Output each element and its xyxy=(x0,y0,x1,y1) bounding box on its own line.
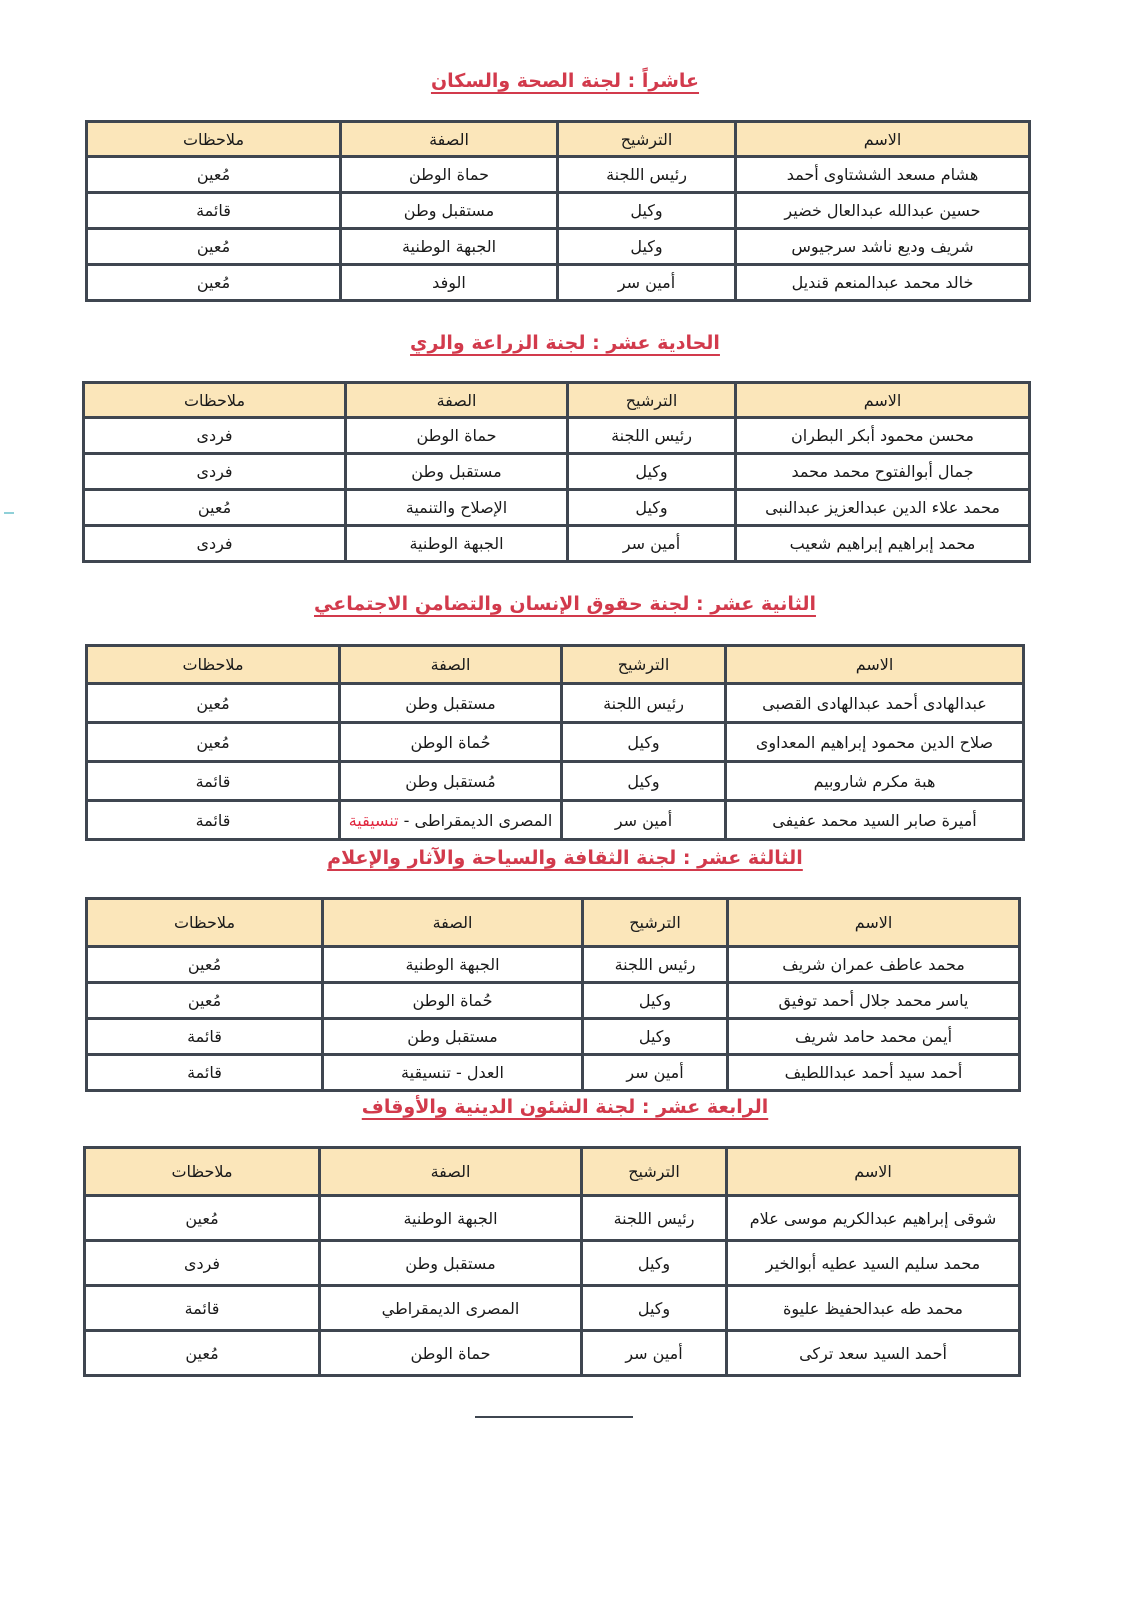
member-notes: مُعين xyxy=(87,229,341,265)
header-nomination: الترشيح xyxy=(582,1148,727,1196)
member-capacity: الجبهة الوطنية xyxy=(341,229,558,265)
member-capacity: الإصلاح والتنمية xyxy=(346,490,568,526)
header-name: الاسم xyxy=(726,646,1024,684)
member-nomination: وكيل xyxy=(562,762,726,801)
committee-title-11: الحادية عشر : لجنة الزراعة والري xyxy=(0,332,1130,354)
table-row: صلاح الدين محمود إبراهيم المعداوى وكيل ح… xyxy=(87,723,1024,762)
member-nomination: رئيس اللجنة xyxy=(582,1196,727,1241)
member-notes: قائمة xyxy=(87,762,340,801)
member-name: محمد إبراهيم إبراهيم شعيب xyxy=(736,526,1030,562)
table-row: محمد إبراهيم إبراهيم شعيب أمين سر الجبهة… xyxy=(84,526,1030,562)
header-notes: ملاحظات xyxy=(87,122,341,157)
member-capacity: الجبهة الوطنية xyxy=(323,947,583,983)
committee-title-12: الثانية عشر : لجنة حقوق الإنسان والتضامن… xyxy=(0,593,1130,615)
table-row: خالد محمد عبدالمنعم قنديل أمين سر الوفد … xyxy=(87,265,1030,301)
committee-title-10: عاشراً : لجنة الصحة والسكان xyxy=(0,70,1130,92)
member-notes: مُعين xyxy=(84,490,346,526)
capacity-highlight: تنسيقية xyxy=(349,811,399,830)
table-row: أميرة صابر السيد محمد عفيفى أمين سر المص… xyxy=(87,801,1024,840)
member-capacity: الوفد xyxy=(341,265,558,301)
header-nomination: الترشيح xyxy=(568,383,736,418)
table-row: شوقى إبراهيم عبدالكريم موسى علام رئيس ال… xyxy=(85,1196,1020,1241)
member-nomination: أمين سر xyxy=(568,526,736,562)
member-name: أيمن محمد حامد شريف xyxy=(728,1019,1020,1055)
header-notes: ملاحظات xyxy=(84,383,346,418)
member-nomination: وكيل xyxy=(582,1286,727,1331)
member-notes: مُعين xyxy=(87,265,341,301)
member-capacity: المصرى الديمقراطي xyxy=(320,1286,582,1331)
header-notes: ملاحظات xyxy=(87,646,340,684)
committee-table-13: الاسم الترشيح الصفة ملاحظات محمد عاطف عم… xyxy=(85,897,1021,1092)
member-capacity: حُماة الوطن xyxy=(340,723,562,762)
member-nomination: رئيس اللجنة xyxy=(562,684,726,723)
table-header-row: الاسم الترشيح الصفة ملاحظات xyxy=(85,1148,1020,1196)
member-nomination: وكيل xyxy=(558,229,736,265)
header-capacity: الصفة xyxy=(323,899,583,947)
member-name: ياسر محمد جلال أحمد توفيق xyxy=(728,983,1020,1019)
member-capacity: مستقبل وطن xyxy=(346,454,568,490)
member-name: أميرة صابر السيد محمد عفيفى xyxy=(726,801,1024,840)
member-notes: مُعين xyxy=(85,1331,320,1376)
member-notes: قائمة xyxy=(87,1019,323,1055)
member-notes: مُعين xyxy=(87,947,323,983)
committee-title-13: الثالثة عشر : لجنة الثقافة والسياحة والآ… xyxy=(0,847,1130,869)
member-nomination: أمين سر xyxy=(558,265,736,301)
table-row: محمد سليم السيد عطيه أبوالخير وكيل مستقب… xyxy=(85,1241,1020,1286)
member-name: أحمد سيد أحمد عبداللطيف xyxy=(728,1055,1020,1091)
header-nomination: الترشيح xyxy=(583,899,728,947)
member-name: محسن محمود أبكر البطران xyxy=(736,418,1030,454)
member-name: شوقى إبراهيم عبدالكريم موسى علام xyxy=(727,1196,1020,1241)
member-name: شريف وديع ناشد سرجيوس xyxy=(736,229,1030,265)
member-name: هبة مكرم شاروبيم xyxy=(726,762,1024,801)
member-capacity: العدل - تنسيقية xyxy=(323,1055,583,1091)
member-nomination: رئيس اللجنة xyxy=(568,418,736,454)
member-capacity: حماة الوطن xyxy=(320,1331,582,1376)
member-name: هشام مسعد الششتاوى أحمد xyxy=(736,157,1030,193)
member-notes: فردى xyxy=(84,454,346,490)
member-notes: مُعين xyxy=(87,723,340,762)
committee-title-14: الرابعة عشر : لجنة الشئون الدينية والأوق… xyxy=(0,1096,1130,1118)
header-name: الاسم xyxy=(736,383,1030,418)
table-row: هبة مكرم شاروبيم وكيل مُستقبل وطن قائمة xyxy=(87,762,1024,801)
member-capacity: مُستقبل وطن xyxy=(340,762,562,801)
member-nomination: وكيل xyxy=(568,454,736,490)
member-nomination: وكيل xyxy=(558,193,736,229)
header-name: الاسم xyxy=(728,899,1020,947)
table-row: أحمد سيد أحمد عبداللطيف أمين سر العدل - … xyxy=(87,1055,1020,1091)
member-notes: مُعين xyxy=(87,157,341,193)
table-row: ياسر محمد جلال أحمد توفيق وكيل حُماة الو… xyxy=(87,983,1020,1019)
member-name: محمد علاء الدين عبدالعزيز عبدالنبى xyxy=(736,490,1030,526)
table-header-row: الاسم الترشيح الصفة ملاحظات xyxy=(84,383,1030,418)
member-name: جمال أبوالفتوح محمد محمد xyxy=(736,454,1030,490)
header-nomination: الترشيح xyxy=(562,646,726,684)
member-name: حسين عبدالله عبدالعال خضير xyxy=(736,193,1030,229)
table-row: عبدالهادى أحمد عبدالهادى القصبى رئيس الل… xyxy=(87,684,1024,723)
header-capacity: الصفة xyxy=(340,646,562,684)
table-header-row: الاسم الترشيح الصفة ملاحظات xyxy=(87,899,1020,947)
member-notes: مُعين xyxy=(87,684,340,723)
table-row: محمد عاطف عمران شريف رئيس اللجنة الجبهة … xyxy=(87,947,1020,983)
member-notes: قائمة xyxy=(85,1286,320,1331)
table-row: محسن محمود أبكر البطران رئيس اللجنة حماة… xyxy=(84,418,1030,454)
table-row: محمد طه عبدالحفيظ عليوة وكيل المصرى الدي… xyxy=(85,1286,1020,1331)
end-divider xyxy=(475,1416,633,1418)
member-name: عبدالهادى أحمد عبدالهادى القصبى xyxy=(726,684,1024,723)
member-capacity: حماة الوطن xyxy=(341,157,558,193)
table-row: شريف وديع ناشد سرجيوس وكيل الجبهة الوطني… xyxy=(87,229,1030,265)
member-nomination: رئيس اللجنة xyxy=(558,157,736,193)
member-notes: مُعين xyxy=(85,1196,320,1241)
member-capacity: المصرى الديمقراطى - تنسيقية xyxy=(340,801,562,840)
committee-table-11: الاسم الترشيح الصفة ملاحظات محسن محمود أ… xyxy=(82,381,1031,563)
member-capacity: مستقبل وطن xyxy=(323,1019,583,1055)
member-notes: فردى xyxy=(85,1241,320,1286)
table-row: حسين عبدالله عبدالعال خضير وكيل مستقبل و… xyxy=(87,193,1030,229)
member-capacity: الجبهة الوطنية xyxy=(320,1196,582,1241)
member-nomination: وكيل xyxy=(583,983,728,1019)
committee-table-10: الاسم الترشيح الصفة ملاحظات هشام مسعد ال… xyxy=(85,120,1031,302)
table-header-row: الاسم الترشيح الصفة ملاحظات xyxy=(87,122,1030,157)
table-row: أيمن محمد حامد شريف وكيل مستقبل وطن قائم… xyxy=(87,1019,1020,1055)
member-notes: فردى xyxy=(84,418,346,454)
member-name: محمد عاطف عمران شريف xyxy=(728,947,1020,983)
member-name: محمد طه عبدالحفيظ عليوة xyxy=(727,1286,1020,1331)
capacity-party: المصرى الديمقراطى - xyxy=(399,811,553,830)
committee-table-14: الاسم الترشيح الصفة ملاحظات شوقى إبراهيم… xyxy=(83,1146,1021,1377)
member-name: صلاح الدين محمود إبراهيم المعداوى xyxy=(726,723,1024,762)
table-row: محمد علاء الدين عبدالعزيز عبدالنبى وكيل … xyxy=(84,490,1030,526)
header-notes: ملاحظات xyxy=(85,1148,320,1196)
member-capacity: مستقبل وطن xyxy=(320,1241,582,1286)
member-nomination: أمين سر xyxy=(582,1331,727,1376)
header-name: الاسم xyxy=(727,1148,1020,1196)
table-header-row: الاسم الترشيح الصفة ملاحظات xyxy=(87,646,1024,684)
member-nomination: رئيس اللجنة xyxy=(583,947,728,983)
member-nomination: أمين سر xyxy=(562,801,726,840)
header-capacity: الصفة xyxy=(320,1148,582,1196)
member-notes: قائمة xyxy=(87,801,340,840)
member-notes: قائمة xyxy=(87,193,341,229)
header-nomination: الترشيح xyxy=(558,122,736,157)
member-nomination: أمين سر xyxy=(583,1055,728,1091)
member-name: محمد سليم السيد عطيه أبوالخير xyxy=(727,1241,1020,1286)
member-nomination: وكيل xyxy=(583,1019,728,1055)
member-notes: مُعين xyxy=(87,983,323,1019)
member-capacity: مستقبل وطن xyxy=(340,684,562,723)
header-notes: ملاحظات xyxy=(87,899,323,947)
table-row: أحمد السيد سعد تركى أمين سر حماة الوطن م… xyxy=(85,1331,1020,1376)
committee-table-12: الاسم الترشيح الصفة ملاحظات عبدالهادى أح… xyxy=(85,644,1025,841)
member-capacity: حُماة الوطن xyxy=(323,983,583,1019)
member-notes: فردى xyxy=(84,526,346,562)
member-capacity: مستقبل وطن xyxy=(341,193,558,229)
member-nomination: وكيل xyxy=(562,723,726,762)
member-nomination: وكيل xyxy=(568,490,736,526)
member-notes: قائمة xyxy=(87,1055,323,1091)
scan-artifact xyxy=(4,512,14,514)
member-name: خالد محمد عبدالمنعم قنديل xyxy=(736,265,1030,301)
header-name: الاسم xyxy=(736,122,1030,157)
table-row: هشام مسعد الششتاوى أحمد رئيس اللجنة حماة… xyxy=(87,157,1030,193)
member-name: أحمد السيد سعد تركى xyxy=(727,1331,1020,1376)
header-capacity: الصفة xyxy=(346,383,568,418)
member-nomination: وكيل xyxy=(582,1241,727,1286)
member-capacity: الجبهة الوطنية xyxy=(346,526,568,562)
member-capacity: حماة الوطن xyxy=(346,418,568,454)
table-row: جمال أبوالفتوح محمد محمد وكيل مستقبل وطن… xyxy=(84,454,1030,490)
header-capacity: الصفة xyxy=(341,122,558,157)
